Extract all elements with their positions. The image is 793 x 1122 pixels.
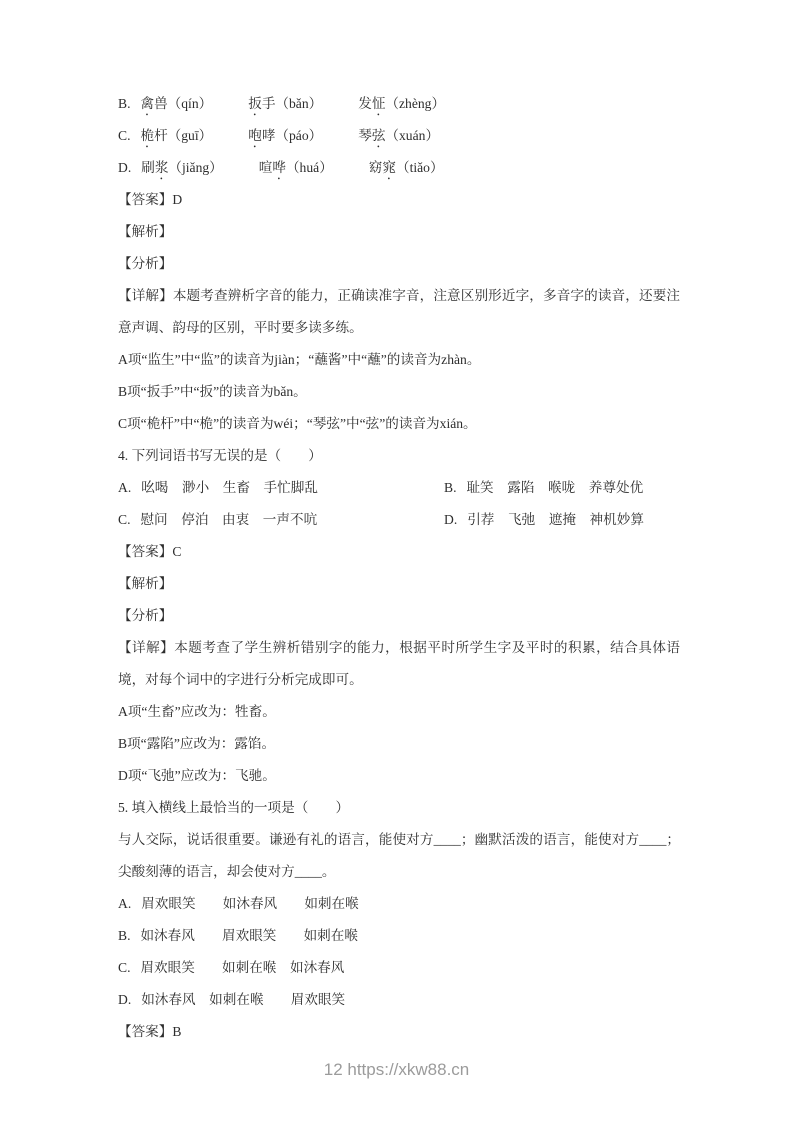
word-post: （zhèng） — [385, 96, 445, 111]
word-post: （tiǎo） — [396, 160, 444, 175]
q4-breakdown-label: 【分析】 — [118, 600, 680, 632]
option-label: B. — [118, 928, 130, 943]
q4-note-d: D项“飞弛”应改为：飞驰。 — [118, 760, 680, 792]
option-label: B. — [444, 480, 456, 495]
word-post: （xuán） — [385, 128, 439, 143]
q3-answer: 【答案】D — [118, 184, 680, 216]
option-label: D. — [118, 160, 131, 175]
option-label: D. — [118, 992, 131, 1007]
dotted-char: 窕 — [382, 160, 396, 175]
option-text: 眉欢眼笑 如刺在喉 如沐春风 — [140, 960, 344, 975]
dotted-char: 桅 — [140, 128, 154, 143]
q4-note-b: B项“露陷”应改为：露馅。 — [118, 728, 680, 760]
word-post: 手（bǎn） — [262, 96, 322, 111]
q4-option-b: B.耻笑 露陷 喉咙 养尊处优 — [444, 472, 643, 504]
q5-option-c: C.眉欢眼笑 如刺在喉 如沐春风 — [118, 952, 680, 984]
option-text: 吆喝 渺小 生畜 手忙脚乱 — [141, 480, 318, 495]
word-post: （jiǎng） — [168, 160, 222, 175]
option-text: 眉欢眼笑 如沐春风 如刺在喉 — [141, 896, 359, 911]
word-post: 兽（qín） — [154, 96, 212, 111]
option-label: C. — [118, 960, 130, 975]
word-group: 喧哗（huá） — [259, 160, 333, 175]
option-label: C. — [118, 128, 130, 143]
option-text: 慰问 停泊 由衷 一声不吭 — [140, 512, 317, 527]
option-text: 引荐 飞弛 遮掩 神机妙算 — [467, 512, 644, 527]
q5-stem: 与人交际，说话很重要。谦逊有礼的语言，能使对方____；幽默活泼的语言，能使对方… — [118, 824, 680, 888]
option-text: 如沐春风 眉欢眼笑 如刺在喉 — [140, 928, 358, 943]
q4-note-a: A项“生畜”应改为：牲畜。 — [118, 696, 680, 728]
page-footer: 12 https://xkw88.cn — [0, 1060, 793, 1080]
q5-option-b: B.如沐春风 眉欢眼笑 如刺在喉 — [118, 920, 680, 952]
q5-title: 5. 填入横线上最恰当的一项是（ ） — [118, 792, 680, 824]
word-pre: 发 — [358, 96, 372, 111]
word-group: 咆哮（páo） — [248, 128, 322, 143]
word-group: 琴弦（xuán） — [358, 128, 439, 143]
word-group: 桅杆（guī） — [140, 128, 212, 143]
option-label: C. — [118, 512, 130, 527]
q4-options-row-1: A.吆喝 渺小 生畜 手忙脚乱 B.耻笑 露陷 喉咙 养尊处优 — [118, 472, 680, 504]
word-pre: 琴 — [358, 128, 372, 143]
word-group: 发怔（zhèng） — [358, 96, 445, 111]
q4-detail: 【详解】本题考查了学生辨析错别字的能力，根据平时所学生字及平时的积累，结合具体语… — [118, 632, 680, 696]
option-label: D. — [444, 512, 457, 527]
q4-answer: 【答案】C — [118, 536, 680, 568]
exam-page: B.禽兽（qín）扳手（bǎn）发怔（zhèng） C.桅杆（guī）咆哮（pá… — [0, 0, 793, 1122]
option-label: A. — [118, 896, 131, 911]
option-text: 如沐春风 如刺在喉 眉欢眼笑 — [141, 992, 345, 1007]
q3-option-d: D.刷浆（jiǎng）喧哗（huá）窈窕（tiǎo） — [118, 152, 680, 184]
dotted-char: 弦 — [372, 128, 386, 143]
dotted-char: 禽 — [140, 96, 154, 111]
q5-option-d: D.如沐春风 如刺在喉 眉欢眼笑 — [118, 984, 680, 1016]
q3-note-b: B项“扳手”中“扳”的读音为bǎn。 — [118, 376, 680, 408]
q5-answer: 【答案】B — [118, 1016, 680, 1048]
q3-analysis-label: 【解析】 — [118, 216, 680, 248]
word-pre: 刷 — [141, 160, 155, 175]
option-label: A. — [118, 480, 131, 495]
word-pre: 喧 — [259, 160, 273, 175]
q3-note-a: A项“监生”中“监”的读音为jiàn；“蘸酱”中“蘸”的读音为zhàn。 — [118, 344, 680, 376]
q4-options-row-2: C.慰问 停泊 由衷 一声不吭 D.引荐 飞弛 遮掩 神机妙算 — [118, 504, 680, 536]
q3-note-c: C项“桅杆”中“桅”的读音为wéi；“琴弦”中“弦”的读音为xián。 — [118, 408, 680, 440]
q4-title: 4. 下列词语书写无误的是（ ） — [118, 440, 680, 472]
option-label: B. — [118, 96, 130, 111]
word-post: 杆（guī） — [154, 128, 212, 143]
word-post: 哮（páo） — [262, 128, 322, 143]
q4-option-d: D.引荐 飞弛 遮掩 神机妙算 — [444, 504, 644, 536]
word-group: 禽兽（qín） — [140, 96, 212, 111]
dotted-char: 怔 — [372, 96, 386, 111]
word-group: 刷浆（jiǎng） — [141, 160, 223, 175]
word-group: 窈窕（tiǎo） — [369, 160, 444, 175]
footer-text: 12 https://xkw88.cn — [324, 1060, 470, 1079]
q4-analysis-label: 【解析】 — [118, 568, 680, 600]
page-content: B.禽兽（qín）扳手（bǎn）发怔（zhèng） C.桅杆（guī）咆哮（pá… — [118, 0, 680, 1048]
option-text: 耻笑 露陷 喉咙 养尊处优 — [466, 480, 643, 495]
word-group: 扳手（bǎn） — [248, 96, 322, 111]
q5-option-a: A.眉欢眼笑 如沐春风 如刺在喉 — [118, 888, 680, 920]
dotted-char: 浆 — [155, 160, 169, 175]
word-post: （huá） — [286, 160, 333, 175]
dotted-char: 扳 — [248, 96, 262, 111]
dotted-char: 哗 — [272, 160, 286, 175]
q3-detail: 【详解】本题考查辨析字音的能力，正确读准字音，注意区别形近字，多音字的读音，还要… — [118, 280, 680, 344]
q3-breakdown-label: 【分析】 — [118, 248, 680, 280]
q4-option-a: A.吆喝 渺小 生畜 手忙脚乱 — [118, 472, 444, 504]
word-pre: 窈 — [369, 160, 383, 175]
q4-option-c: C.慰问 停泊 由衷 一声不吭 — [118, 504, 444, 536]
q3-option-b: B.禽兽（qín）扳手（bǎn）发怔（zhèng） — [118, 88, 680, 120]
q3-option-c: C.桅杆（guī）咆哮（páo）琴弦（xuán） — [118, 120, 680, 152]
dotted-char: 咆 — [248, 128, 262, 143]
